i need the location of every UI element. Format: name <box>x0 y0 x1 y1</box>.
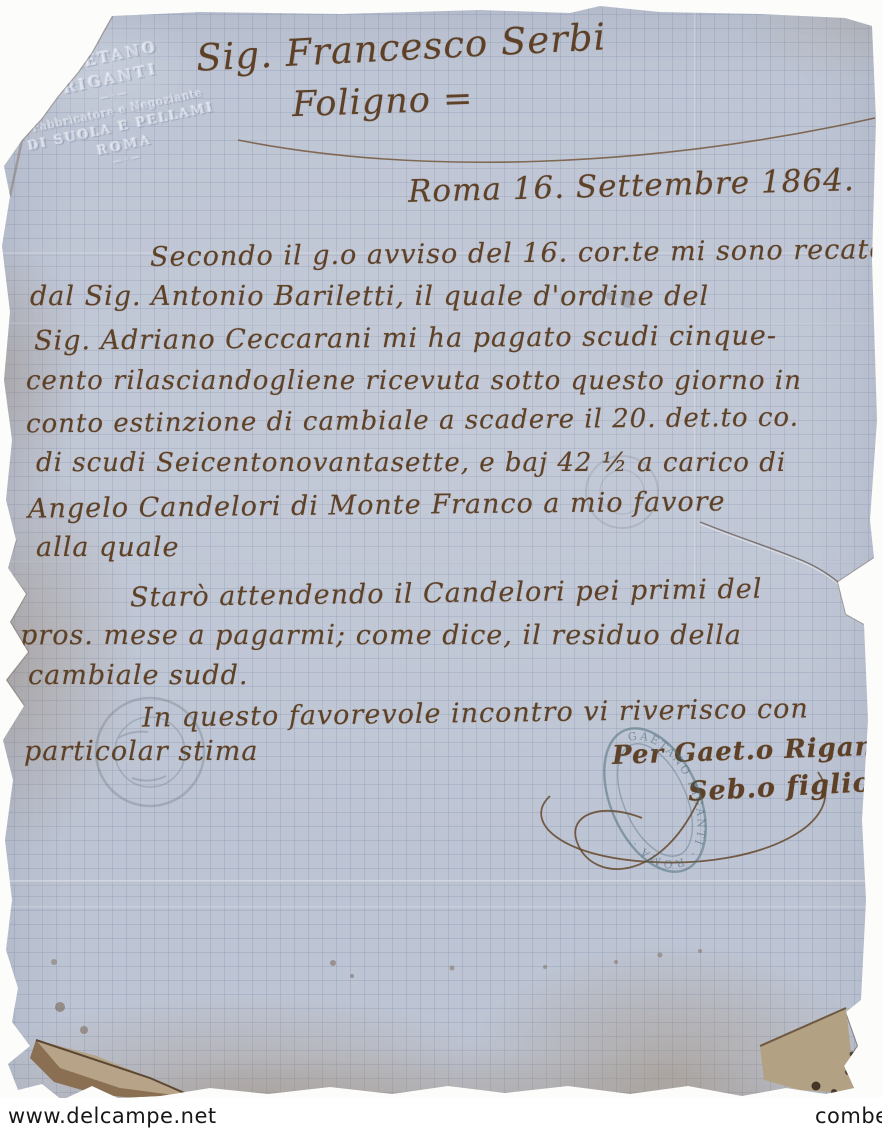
marks-overlay: GAETANO RIGANTI · ROMA · <box>0 0 882 1132</box>
pen-flourish <box>238 118 875 162</box>
scanned-letter: GAETANO RIGANTI —◦— Fabbricatore e Negoz… <box>0 0 882 1132</box>
torn-edge-shading <box>6 16 874 1088</box>
letter-paper: GAETANO RIGANTI —◦— Fabbricatore e Negoz… <box>0 0 882 1132</box>
paper-crack <box>700 522 838 584</box>
torn-corner-flap-bottom-left <box>30 1040 196 1100</box>
oval-stamp-text: GAETANO RIGANTI · ROMA · <box>627 729 708 871</box>
watermark-fragment: combe <box>815 1104 882 1128</box>
watermark-url: www.delcampe.net <box>8 1104 217 1128</box>
torn-corner-flap-bottom-right <box>760 1008 856 1095</box>
stain-specks <box>51 292 702 1034</box>
svg-text:GAETANO RIGANTI · ROMA ·: GAETANO RIGANTI · ROMA · <box>627 729 708 871</box>
watermark-bar: www.delcampe.net combe <box>0 1098 882 1132</box>
circular-postmark-left <box>96 698 204 806</box>
circular-postmark-center <box>586 456 658 528</box>
